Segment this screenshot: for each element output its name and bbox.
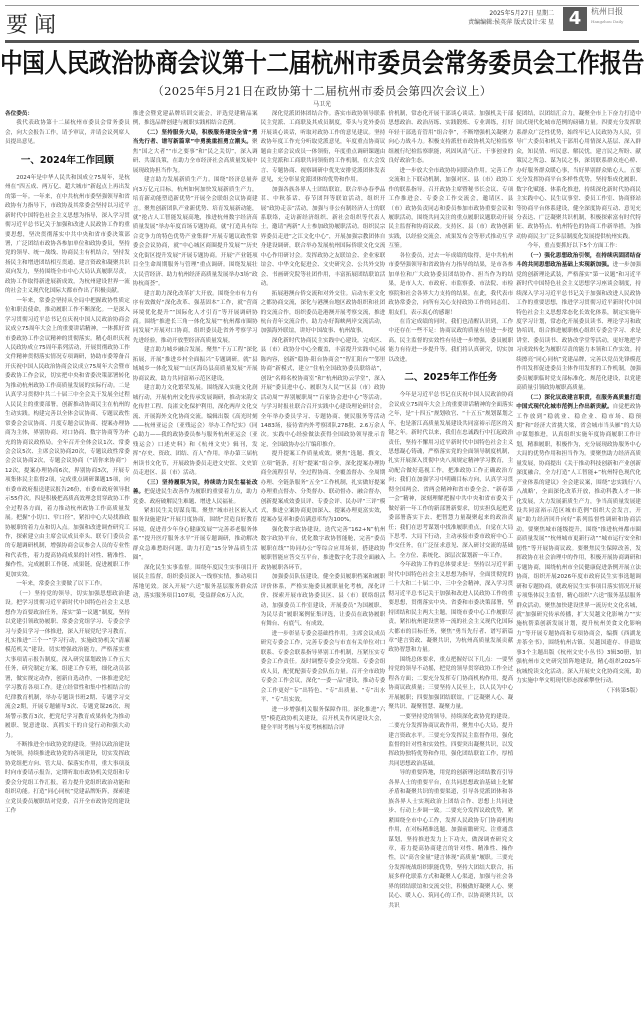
paragraph-text: 强化数字政协建设。迭代完善“162+N”杭州数字政协平台，优化数字政协智能舱，完… — [261, 527, 386, 571]
body-paragraph: 各位委员，过去一年成绩的取得，是中共杭州市委坚强领导和省政协有力指导的结果，是市… — [388, 252, 513, 318]
paragraph-text: 进一步增强机关服务保障作用。深化推进“六型”模范政协机关建设，召开机关作风建设大… — [261, 707, 386, 732]
body-paragraph: （二）深化议政建言职责，在服务高质量打造中国式现代化城市范例上作出新贡献。自觉把… — [516, 394, 641, 687]
body-paragraph: 建言助力文化繁荣发展。围绕深入实施文化润城行动，开展杭州文化传承发展调研，推动宋… — [133, 384, 258, 479]
section-heading-tasks: 二、2025年工作任务 — [388, 367, 513, 389]
editor-credits: 责编编辑:侯英萍 版式设计:宋 星 — [468, 18, 554, 27]
article-title-block: 中国人民政治协商会议第十二届杭州市委员会常务委员会工作报告 （2025年5月21… — [0, 46, 644, 110]
body-paragraph: 导的重要阵地，用党的创新理论团结教育引导各界人士的重要平台，在共同思想政治基础上… — [388, 769, 513, 911]
body-paragraph: 围绕总体要求，重点把握好以下几点：一要坚持党的领导不动摇，把党的领导贯穿政协工作… — [388, 656, 513, 713]
salutation: 各位委员： — [5, 110, 130, 119]
paragraph-text: 深化党派团体团结合作。落实市政协领导联系民主党派、工商联及其成员制度，带头与党外… — [261, 111, 386, 183]
top-rule-divider — [5, 5, 639, 6]
paragraph-text: 推进会暨党建品牌培训交流会，评选党建精品案例，推选品牌创建与履职实践相结合范例。 — [133, 111, 258, 126]
paragraph-text: 今年，重点要抓好以下5个方面工作： — [527, 243, 620, 249]
paragraph-text: 建言助力发展新质生产力。围绕“经济总量奔向3万亿元目标，杭州如何加快发展新质生产… — [133, 177, 258, 287]
paragraph-text: 深化民生实事监督。围绕年度民生实事项目开展民主监督，组织委员深入一线察实情，推动… — [133, 565, 258, 599]
paragraph-text: 拓展港澳台侨交流和对外交往。启动东亚文化之都协商交流，深化与港澳台地区政协组织和… — [261, 291, 386, 335]
paragraph-text: 促团结，以团结汇合力，凝聚全市上下奋力打造中国式现代化城市范例的磅礴力量。四要充… — [516, 111, 641, 240]
subsection-lead: （二）坚持服务大局，积极服务建设全省“勇当先行者、谱写新篇章”中勇挑重担勇立潮头… — [133, 130, 258, 145]
section-name: 要闻 — [6, 8, 62, 39]
paragraph-text: 把促进民生改善作为履职的重要着力点，助力党委、政府破解民生难题、增进人民福祉。 — [133, 489, 258, 504]
article-headline: 中国人民政治协商会议第十二届杭州市委员会常务委员会工作报告 — [0, 43, 644, 84]
text-column-2: 推进会暨党建品牌培训交流会，评选党建精品案例，推选品牌创建与履职实践相结合范例。… — [133, 110, 258, 1022]
body-paragraph: （二）坚持服务大局，积极服务建设全省“勇当先行者、谱写新篇章”中勇挑重担勇立潮头… — [133, 129, 258, 176]
issue-date: 2025年5月27日 星期二 — [468, 9, 554, 18]
paragraph-text: 价机制，常态化开展干部谈心谈话。加强机关干部思想政治、政治历练、实践锻炼、专业训… — [388, 111, 513, 164]
paragraph-text: 导的重要阵地，用党的创新理论团结教育引导各界人士的重要平台，在共同思想政治基础上… — [388, 770, 513, 908]
continued-on-page-note: （下转第5版） — [516, 687, 641, 696]
paragraph-text: 2024年是中华人民共和国成立75周年，是杭州在“四五成、两万亿、超大城市”新起… — [5, 175, 130, 294]
paragraph-text: 在肯定成绩的同时，我们也清醒认识到，工作中还存在一些不足：协商议政的质量有待进一… — [388, 319, 513, 363]
body-paragraph: 深化民生实事监督。围绕年度民生实事项目开展民主监督，组织委员深入一线察实情，推动… — [133, 564, 258, 602]
body-paragraph: 进一步增强机关服务保障作用。深化推进“六型”模范政协机关建设，召开机关作风建设大… — [261, 706, 386, 734]
body-paragraph: 深化党派团体团结合作。落实市政协领导联系民主党派、工商联及其成员制度，带头与党外… — [261, 110, 386, 186]
text-column-1: 各位委员： 我代表政协第十二届杭州市委员会常务委员会，向大会报告工作，请予审议，… — [5, 110, 130, 1022]
body-paragraph: 提升提案工作质量成效。聚焦“选题、撰文、立项”链条，打好“提案”组合拳，深化提案… — [261, 450, 386, 526]
newspaper-name-en: Hangzhou Daily — [591, 17, 641, 27]
newspaper-name: 杭州日报 — [591, 7, 641, 17]
body-paragraph: 强化数字政协建设。迭代完善“162+N”杭州数字政协平台，优化数字政协智能舱，完… — [261, 526, 386, 573]
body-paragraph: （一）强化思想政治引领，在持续巩固团结奋斗的共同思想政治基础上实现新加强。进一步… — [516, 252, 641, 394]
body-paragraph: （一）坚持党的领导，切实加强思想政治建设。把学习贯彻习近平新时代中国特色社会主义… — [5, 590, 130, 741]
body-paragraph: 加强各族各界人士团结联谊。联合举办春季品茗、中秋茶话、春节团拜等联谊活动，组织开… — [261, 186, 386, 290]
paragraph-text: 进一步彰显专委会基础性作用。主席会议成员研究专委会工作，完善专委会与市直有关单位… — [261, 631, 386, 703]
paragraph-text: 各位委员，过去一年成绩的取得，是中共杭州市委坚强领导和省政协有力指导的结果，是市… — [388, 253, 513, 316]
body-paragraph: 在肯定成绩的同时，我们也清醒认识到，工作中还存在一些不足：协商议政的质量有待进一… — [388, 318, 513, 365]
text-column-3: 深化党派团体团结合作。落实市政协领导联系民主党派、工商联及其成员制度，带头与党外… — [261, 110, 386, 1022]
paragraph-text: 深化新时代协商民主实践中心建设。完成区、县（市）政协分中心全覆盖，丰富提升实践中… — [261, 338, 386, 448]
body-paragraph: 建言助力发展新质生产力。围绕“经济总量奔向3万亿元目标，杭州如何加快发展新质生产… — [133, 176, 258, 289]
paragraph-text: （一）坚持党的领导，切实加强思想政治建设。把学习贯彻习近平新时代中国特色社会主义… — [5, 591, 130, 739]
article-body: 各位委员： 我代表政协第十二届杭州市委员会常务委员会，向大会报告工作，请予审议，… — [5, 110, 641, 1022]
body-paragraph: 一年来，常委会坚持从全局中把握政协性质定位和职责使命，推动履职工作不断深化。一是… — [5, 297, 130, 581]
body-paragraph: 深化新时代协商民主实践中心建设。完成区、县（市）政协分中心全覆盖，丰富提升实践中… — [261, 337, 386, 450]
paragraph-text: 自觉把政协工作放到“稳就业、稳企业、稳市场、稳预期”和“经济大省挑大梁，省会城市… — [516, 404, 641, 684]
body-paragraph: 今年政协工作的总体要求是：坚持以习近平新时代中国特色社会主义思想为指导，全面贯彻… — [388, 561, 513, 656]
body-paragraph: 加强委员队伍建设。健全委员履职档案和履职评价体系，严格实施委员履职量化考核，深化… — [261, 573, 386, 630]
paragraph-text: 围绕总体要求，重点把握好以下几点：一要坚持党的领导不动摇，把党的领导贯穿政协工作… — [388, 657, 513, 710]
body-paragraph: 建言助力城乡融合发展。聚焦“千万工程”深化拓展，开展“推进乡村全面振兴”专题调研… — [133, 346, 258, 384]
body-paragraph: （三）坚持履职为民，持续助力民生福祉改善。把促进民生改善作为履职的重要着力点，助… — [133, 479, 258, 507]
body-paragraph: 价机制，常态化开展干部谈心谈话。加强机关干部思想政治、政治历练、实践锻炼、专业训… — [388, 110, 513, 167]
paragraph-text: 建言助力文化繁荣发展。围绕深入实施文化润城行动，开展杭州文化传承发展调研，推动宋… — [133, 385, 258, 476]
body-paragraph: 今年是习近平总书记在庆祝中国人民政治协商会议成立75周年大会上的重要讲话精神的全… — [388, 391, 513, 561]
section-heading-review: 一、2024年工作回顾 — [5, 150, 130, 172]
text-column-4: 价机制，常态化开展干部谈心谈话。加强机关干部思想政治、政治历练、实践锻炼、专业训… — [388, 110, 513, 1022]
page-masthead: 要闻 2025年5月27日 星期二 责编编辑:侯英萍 版式设计:宋 星 4 杭州… — [0, 0, 644, 46]
text-column-5: 促团结，以团结汇合力，凝聚全市上下奋力打造中国式现代化城市范例的磅礴力量。四要充… — [516, 110, 641, 1022]
body-paragraph: 建言助力深化改革扩大开放。围绕全市有力有序有效做好“深化改革、强基固本”工作，就… — [133, 290, 258, 347]
paragraph-text: 提升提案工作质量成效。聚焦“选题、撰文、立项”链条，打好“提案”组合拳，深化提案… — [261, 451, 386, 523]
body-paragraph: 紧扣民生关切谋良策。聚焦“城市社区嵌入式服务设施建设”开展月度协商，围绕“营造良… — [133, 507, 258, 564]
paragraph-text: 一年来，常委会坚持从全局中把握政协性质定位和职责使命，推动履职工作不断深化。一是… — [5, 298, 130, 578]
intro-paragraph: 我代表政协第十二届杭州市委员会常务委员会，向大会报告工作，请予审议，并请会议列席… — [5, 119, 130, 147]
article-byline: 马卫光 — [0, 100, 644, 110]
body-paragraph: 拓展港澳台侨交流和对外交往。启动东亚文化之都协商交流，深化与港澳台地区政协组织和… — [261, 290, 386, 337]
paragraph-text: 今年是习近平总书记在庆祝中国人民政治协商会议成立75周年大会上的重要讲话精神的全… — [388, 392, 513, 559]
body-paragraph: 一要坚持党的领导，持续深化政协党的建设。二要充分发挥协商议政作用，聚焦中心大局，… — [388, 713, 513, 770]
body-paragraph: 一年来，常委会主要做了以下工作。 — [5, 580, 130, 589]
body-paragraph: 推进会暨党建品牌培训交流会，评选党建精品案例，推选品牌创建与履职实践相结合范例。 — [133, 110, 258, 129]
paragraph-text: 紧扣民生关切谋良策。聚焦“城市社区嵌入式服务设施建设”开展月度协商，围绕“营造良… — [133, 508, 258, 561]
page-number-badge: 4 — [563, 7, 587, 31]
body-paragraph: 进一步彰显专委会基础性作用。主席会议成员研究专委会工作，完善专委会与市直有关单位… — [261, 630, 386, 706]
paragraph-text: 加强各族各界人士团结联谊。联合举办春季品茗、中秋茶话、春节团拜等联谊活动，组织开… — [261, 187, 386, 288]
body-paragraph: 2024年是中华人民共和国成立75周年，是杭州在“四五成、两万亿、超大城市”新起… — [5, 174, 130, 297]
paragraph-text: 今年政协工作的总体要求是：坚持以习近平新时代中国特色社会主义思想为指导，全面贯彻… — [388, 562, 513, 653]
paragraph-text: 一年来，常委会主要做了以下工作。 — [16, 581, 106, 587]
body-paragraph: 不断推进全市政协党的建设。坚持以政治建设为统领，持续推进政协党的各项建设，切实发… — [5, 741, 130, 817]
body-paragraph: 今年，重点要抓好以下5个方面工作： — [516, 242, 641, 251]
body-paragraph: 促团结，以团结汇合力，凝聚全市上下奋力打造中国式现代化城市范例的磅礴力量。四要充… — [516, 110, 641, 242]
paragraph-text: 建言助力城乡融合发展。聚焦“千万工程”深化拓展，开展“推进乡村全面振兴”专题调研… — [133, 347, 258, 381]
paragraph-text: 进一步加强党的创新理论武装，严格落实“第一议题”和习近平新时代中国特色社会主义思… — [516, 262, 641, 391]
paragraph-text: 加强委员队伍建设。健全委员履职档案和履职评价体系，严格实施委员履职量化考核，深化… — [261, 574, 386, 627]
paragraph-text: 不断推进全市政协党的建设。坚持以政治建设为统领，持续推进政协党的各项建设，切实发… — [5, 742, 130, 814]
paragraph-text: 进一步放大全市政协协同联动作用。完善工作交流和上下联动机制，加强对区、县（市）政… — [388, 168, 513, 250]
masthead-meta: 2025年5月27日 星期二 责编编辑:侯英萍 版式设计:宋 星 — [468, 9, 554, 27]
paragraph-text: 一要坚持党的领导，持续深化政协党的建设。二要充分发挥协商议政作用，聚焦中心大局，… — [388, 714, 513, 767]
newspaper-logo: 杭州日报 Hangzhou Daily — [591, 7, 641, 27]
paragraph-text: 建言助力深化改革扩大开放。围绕全市有力有序有效做好“深化改革、强基固本”工作，就… — [133, 291, 258, 344]
body-paragraph: 进一步放大全市政协协同联动作用。完善工作交流和上下联动机制，加强对区、县（市）政… — [388, 167, 513, 252]
